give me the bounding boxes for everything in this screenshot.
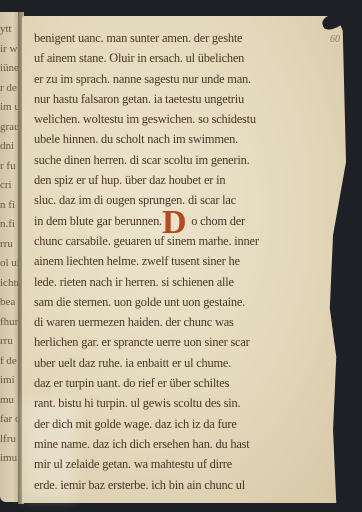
text-line: mine name. daz ich dich ersehen han. du … (34, 434, 324, 454)
text-line: lede. rieten nach ir herren. si schienen… (34, 272, 324, 292)
left-page-fragment: dni (0, 141, 14, 152)
text-block: benigent uanc. man sunter amen. der gesh… (34, 28, 324, 495)
left-page-fragment: rru (0, 239, 13, 250)
text-line: erde. iemir baz ersterbe. ich bin ain ch… (34, 475, 324, 495)
text-line: uber uelt daz ruhe. ia enbaitt er ul chu… (34, 353, 324, 373)
left-page-fragment: fhur (0, 317, 18, 328)
left-page-fragment: ol ui (0, 258, 20, 269)
text-line: rant. bistu hi turpin. ul gewis scoltu d… (34, 393, 324, 413)
left-page-fragment: ytt (0, 24, 12, 35)
left-page-fragment: im u (0, 102, 20, 113)
left-page-fragment: bea (0, 297, 15, 308)
text-line: er zu im sprach. nanne sagestu nur unde … (34, 69, 324, 89)
left-page-fragment: r de (0, 83, 17, 94)
text-line: in dem blute gar berunnen. D o chom der (34, 211, 324, 231)
left-page-fragment: iüne (0, 63, 19, 74)
left-page-fragment: mu (0, 395, 14, 406)
text-line: den spiz er uf hup. über daz houbet er i… (34, 170, 324, 190)
text-line: chunc carsabile. geuaren uf sinem marhe.… (34, 231, 324, 251)
text-line: ubele hinnen. du scholt nach im swimmen. (34, 129, 324, 149)
left-page-fragment: rru (0, 336, 13, 347)
initial-continuation: o chom der (188, 214, 245, 228)
text-line: benigent uanc. man sunter amen. der gesh… (34, 28, 324, 48)
left-page-fragment: cri (0, 180, 12, 191)
text-line: suche dinen herren. di scar scoltu im ge… (34, 150, 324, 170)
text-line: welichen. woltestu im geswichen. so schi… (34, 109, 324, 129)
decorated-initial: D (162, 213, 186, 233)
left-page-fragment: r fu (0, 161, 16, 172)
left-page-fragment: n fi (0, 200, 15, 211)
left-page-fragment: imu (0, 453, 17, 464)
text-line: uf ainem stane. Oluir in ersach. ul übel… (34, 48, 324, 68)
text-line: nur hastu falsaron getan. ia taetestu un… (34, 89, 324, 109)
text-line: ainem liechten helme. zwelf tusent siner… (34, 251, 324, 271)
folio-number: 60 (330, 34, 340, 45)
text-line: herlichen gar. er sprancte uerre uon sin… (34, 332, 324, 352)
text-line: daz er turpin uant. do rief er über schi… (34, 373, 324, 393)
text-line: sam die sternen. uon golde unt uon gesta… (34, 292, 324, 312)
left-page-fragment: ir w (0, 44, 17, 55)
left-page-fragment: imi (0, 375, 15, 386)
left-page-fragment: grau (0, 122, 20, 133)
left-page-fragment: lfru (0, 434, 16, 445)
text-line: di waren uermezen haiden. der chunc was (34, 312, 324, 332)
left-page-fragment: f de (0, 356, 17, 367)
text-line: mir ul zelaide getan. wa mahtestu uf dir… (34, 454, 324, 474)
text-line: der dich mit golde wage. daz ich iz da f… (34, 414, 324, 434)
left-page-fragment: n.fi (0, 219, 15, 230)
